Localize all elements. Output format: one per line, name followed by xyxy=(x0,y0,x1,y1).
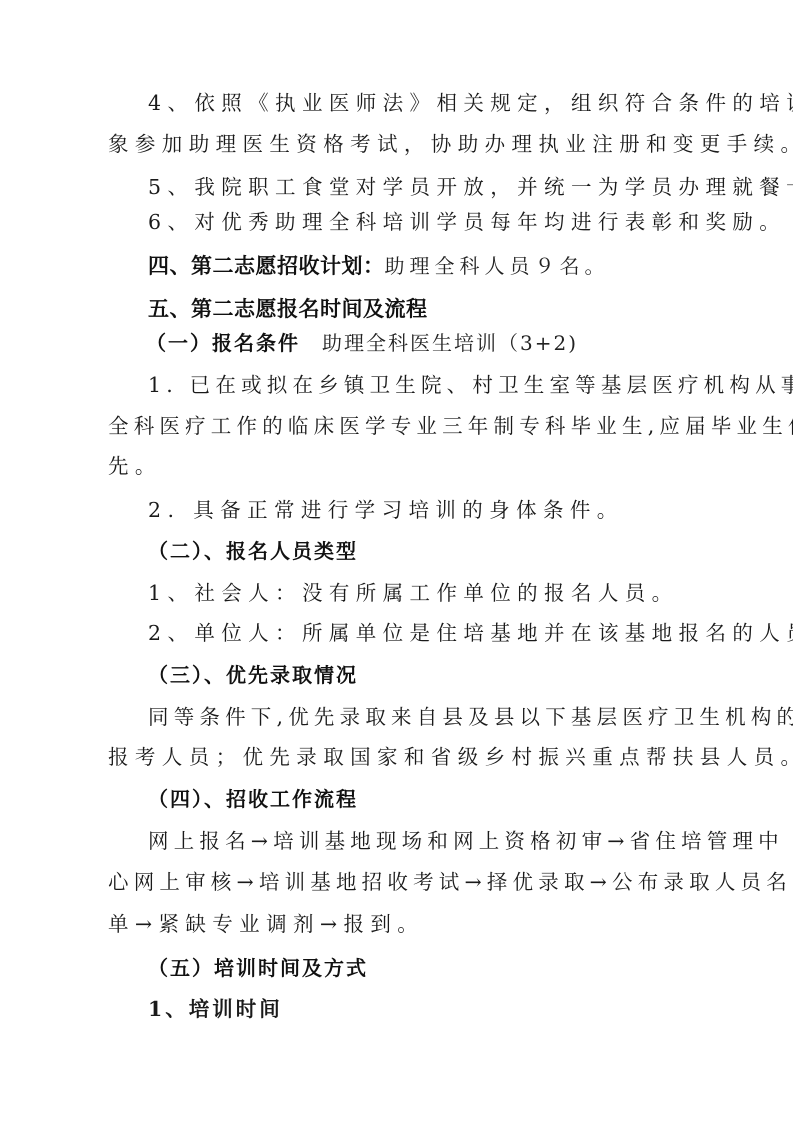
priority-line-2: 报考人员；优先录取国家和省级乡村振兴重点帮扶县人员。 xyxy=(108,744,698,770)
section-4-content: 助理全科人员９名。 xyxy=(385,254,610,278)
priority-line-1: 同等条件下,优先录取来自县及县以下基层医疗卫生机构的 xyxy=(148,704,738,730)
subsection-5-heading: （五）培训时间及方式 xyxy=(148,955,738,981)
paragraph-6: 6、对优秀助理全科培训学员每年均进行表彰和奖励。 xyxy=(148,209,738,235)
workflow-line-1: 网上报名→培训基地现场和网上资格初审→省住培管理中 xyxy=(148,828,738,854)
workflow-line-3: 单→紧缺专业调剂→报到。 xyxy=(108,911,698,937)
condition-1-line-1: 1. 已在或拟在乡镇卫生院、村卫生室等基层医疗机构从事 xyxy=(148,372,738,398)
subsection-1-note: 助理全科医生培训（3+2) xyxy=(322,331,578,355)
section-5-heading: 五、第二志愿报名时间及流程 xyxy=(148,296,738,322)
applicant-type-1: 1、社会人：没有所属工作单位的报名人员。 xyxy=(148,580,738,606)
paragraph-4-line-2: 象参加助理医生资格考试，协助办理执业注册和变更手续。 xyxy=(108,131,698,157)
subsection-1-heading: （一）报名条件助理全科医生培训（3+2) xyxy=(146,330,736,356)
subsection-1-title: （一）报名条件 xyxy=(146,331,300,355)
subsection-2-heading: （二）、报名人员类型 xyxy=(148,538,738,564)
condition-1-line-3: 先。 xyxy=(108,453,698,479)
workflow-line-2: 心网上审核→培训基地招收考试→择优录取→公布录取人员名 xyxy=(108,869,698,895)
subsection-3-heading: （三）、优先录取情况 xyxy=(148,662,738,688)
paragraph-5: 5、我院职工食堂对学员开放，并统一为学员办理就餐卡。 xyxy=(148,174,738,200)
condition-2: 2. 具备正常进行学习培训的身体条件。 xyxy=(148,497,738,523)
section-4-title: 四、第二志愿招收计划： xyxy=(148,254,385,278)
applicant-type-2: 2、单位人：所属单位是住培基地并在该基地报名的人员。 xyxy=(148,620,738,646)
section-4-heading: 四、第二志愿招收计划：助理全科人员９名。 xyxy=(148,253,738,279)
training-time-heading: 1、培训时间 xyxy=(148,996,738,1022)
subsection-4-heading: （四）、招收工作流程 xyxy=(148,786,738,812)
paragraph-4-line-1: 4、依照《执业医师法》相关规定，组织符合条件的培训对 xyxy=(148,90,738,116)
condition-1-line-2: 全科医疗工作的临床医学专业三年制专科毕业生,应届毕业生优 xyxy=(108,413,698,439)
